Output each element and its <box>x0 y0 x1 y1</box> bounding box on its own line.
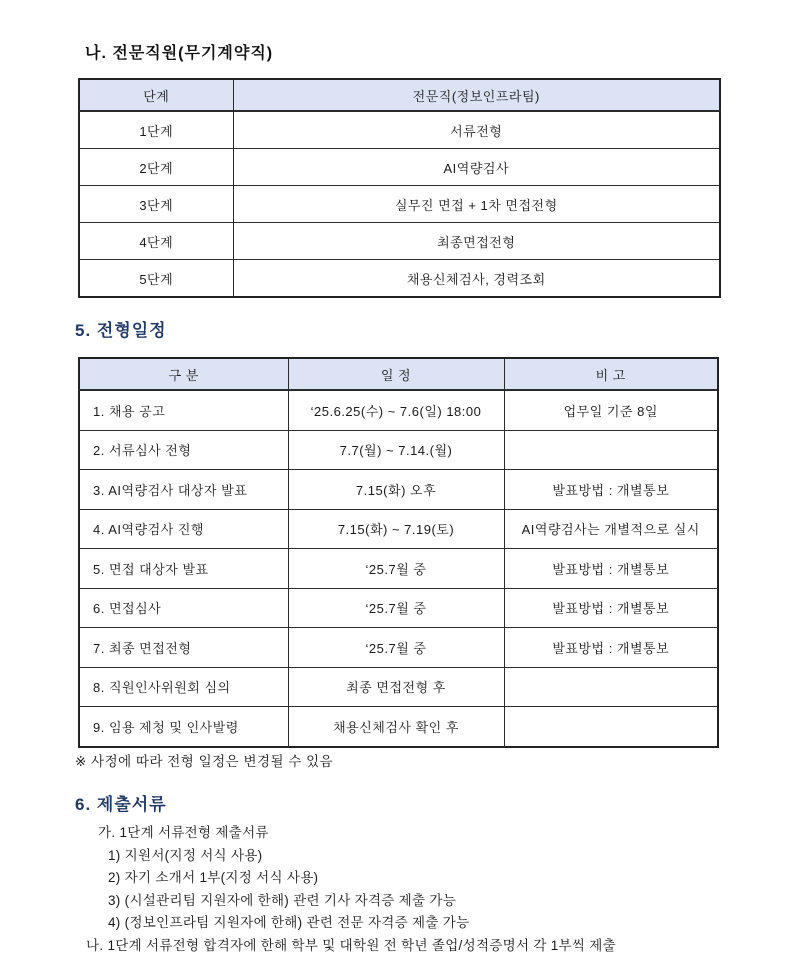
track-col-header: 전문직(정보인프라팀) <box>233 79 720 111</box>
stage-detail-cell: AI역량검사 <box>233 149 720 186</box>
schedule-date-cell: ‘25.6.25(수) ~ 7.6(일) 18:00 <box>288 390 504 430</box>
stage-table: 단계 전문직(정보인프라팀) 1단계 서류전형 2단계 AI역량검사 3단계 실… <box>78 78 721 298</box>
schedule-remarks-cell: 발표방법 : 개별통보 <box>504 628 718 668</box>
documents-list: 가. 1단계 서류전형 제출서류 1) 지원서(지정 서식 사용) 2) 자기 … <box>78 822 778 957</box>
doc-line: 1) 지원서(지정 서식 사용) <box>78 845 778 868</box>
schedule-remarks-cell: 발표방법 : 개별통보 <box>504 588 718 628</box>
stage-cell: 4단계 <box>79 223 233 260</box>
schedule-table-header-row: 구 분 일 정 비 고 <box>79 358 718 390</box>
stage-col-header: 단계 <box>79 79 233 111</box>
schedule-category-cell: 1. 채용 공고 <box>79 390 288 430</box>
stage-detail-cell: 최종면접전형 <box>233 223 720 260</box>
section-6-heading: 6. 제출서류 <box>75 790 167 815</box>
schedule-table-row: 7. 최종 면접전형 ‘25.7월 중 발표방법 : 개별통보 <box>79 628 718 668</box>
date-col-header: 일 정 <box>288 358 504 390</box>
schedule-category-cell: 2. 서류심사 전형 <box>79 430 288 470</box>
stage-cell: 5단계 <box>79 260 233 298</box>
schedule-category-cell: 8. 직원인사위원회 심의 <box>79 667 288 707</box>
schedule-table-row: 2. 서류심사 전형 7.7(월) ~ 7.14.(월) <box>79 430 718 470</box>
doc-line: 3) (시설관리팀 지원자에 한해) 관련 기사 자격증 제출 가능 <box>78 890 778 913</box>
section-5-heading: 5. 전형일정 <box>75 316 167 341</box>
schedule-category-cell: 3. AI역량검사 대상자 발표 <box>79 470 288 510</box>
stage-detail-cell: 서류전형 <box>233 111 720 149</box>
schedule-remarks-cell: 업무일 기준 8일 <box>504 390 718 430</box>
schedule-remarks-cell <box>504 430 718 470</box>
schedule-date-cell: 최종 면접전형 후 <box>288 667 504 707</box>
schedule-remarks-cell: 발표방법 : 개별통보 <box>504 549 718 589</box>
stage-table-row: 3단계 실무진 면접 + 1차 면접전형 <box>79 186 720 223</box>
schedule-table-row: 9. 임용 제청 및 인사발령 채용신체검사 확인 후 <box>79 707 718 747</box>
stage-table-row: 5단계 채용신체검사, 경력조회 <box>79 260 720 298</box>
stage-table-row: 1단계 서류전형 <box>79 111 720 149</box>
schedule-table-row: 8. 직원인사위원회 심의 최종 면접전형 후 <box>79 667 718 707</box>
doc-line: 2) 자기 소개서 1부(지정 서식 사용) <box>78 867 778 890</box>
stage-table-header-row: 단계 전문직(정보인프라팀) <box>79 79 720 111</box>
schedule-table-row: 4. AI역량검사 진행 7.15(화) ~ 7.19(토) AI역량검사는 개… <box>79 509 718 549</box>
schedule-remarks-cell <box>504 707 718 747</box>
schedule-date-cell: ‘25.7월 중 <box>288 628 504 668</box>
stage-cell: 2단계 <box>79 149 233 186</box>
schedule-remarks-cell <box>504 667 718 707</box>
schedule-table: 구 분 일 정 비 고 1. 채용 공고 ‘25.6.25(수) ~ 7.6(일… <box>78 357 719 748</box>
schedule-date-cell: 채용신체검사 확인 후 <box>288 707 504 747</box>
category-col-header: 구 분 <box>79 358 288 390</box>
schedule-category-cell: 6. 면접심사 <box>79 588 288 628</box>
schedule-change-note: ※ 사정에 따라 전형 일정은 변경될 수 있음 <box>75 750 333 770</box>
section-b-heading: 나. 전문직원(무기계약직) <box>85 40 273 63</box>
schedule-date-cell: ‘25.7월 중 <box>288 588 504 628</box>
schedule-remarks-cell: 발표방법 : 개별통보 <box>504 470 718 510</box>
doc-line: 나. 1단계 서류전형 합격자에 한해 학부 및 대학원 전 학년 졸업/성적증… <box>78 935 778 958</box>
stage-detail-cell: 채용신체검사, 경력조회 <box>233 260 720 298</box>
remarks-col-header: 비 고 <box>504 358 718 390</box>
schedule-table-row: 1. 채용 공고 ‘25.6.25(수) ~ 7.6(일) 18:00 업무일 … <box>79 390 718 430</box>
stage-cell: 1단계 <box>79 111 233 149</box>
schedule-table-row: 6. 면접심사 ‘25.7월 중 발표방법 : 개별통보 <box>79 588 718 628</box>
schedule-category-cell: 4. AI역량검사 진행 <box>79 509 288 549</box>
schedule-date-cell: 7.15(화) 오후 <box>288 470 504 510</box>
doc-line: 가. 1단계 서류전형 제출서류 <box>78 822 778 845</box>
schedule-date-cell: ‘25.7월 중 <box>288 549 504 589</box>
doc-line: 4) (정보인프라팀 지원자에 한해) 관련 전문 자격증 제출 가능 <box>78 912 778 935</box>
stage-detail-cell: 실무진 면접 + 1차 면접전형 <box>233 186 720 223</box>
stage-table-row: 4단계 최종면접전형 <box>79 223 720 260</box>
stage-cell: 3단계 <box>79 186 233 223</box>
document-page: 나. 전문직원(무기계약직) 단계 전문직(정보인프라팀) 1단계 서류전형 2… <box>0 0 793 976</box>
schedule-table-row: 5. 면접 대상자 발표 ‘25.7월 중 발표방법 : 개별통보 <box>79 549 718 589</box>
stage-table-row: 2단계 AI역량검사 <box>79 149 720 186</box>
schedule-remarks-cell: AI역량검사는 개별적으로 실시 <box>504 509 718 549</box>
schedule-date-cell: 7.7(월) ~ 7.14.(월) <box>288 430 504 470</box>
schedule-table-row: 3. AI역량검사 대상자 발표 7.15(화) 오후 발표방법 : 개별통보 <box>79 470 718 510</box>
schedule-category-cell: 5. 면접 대상자 발표 <box>79 549 288 589</box>
schedule-date-cell: 7.15(화) ~ 7.19(토) <box>288 509 504 549</box>
schedule-category-cell: 7. 최종 면접전형 <box>79 628 288 668</box>
schedule-category-cell: 9. 임용 제청 및 인사발령 <box>79 707 288 747</box>
